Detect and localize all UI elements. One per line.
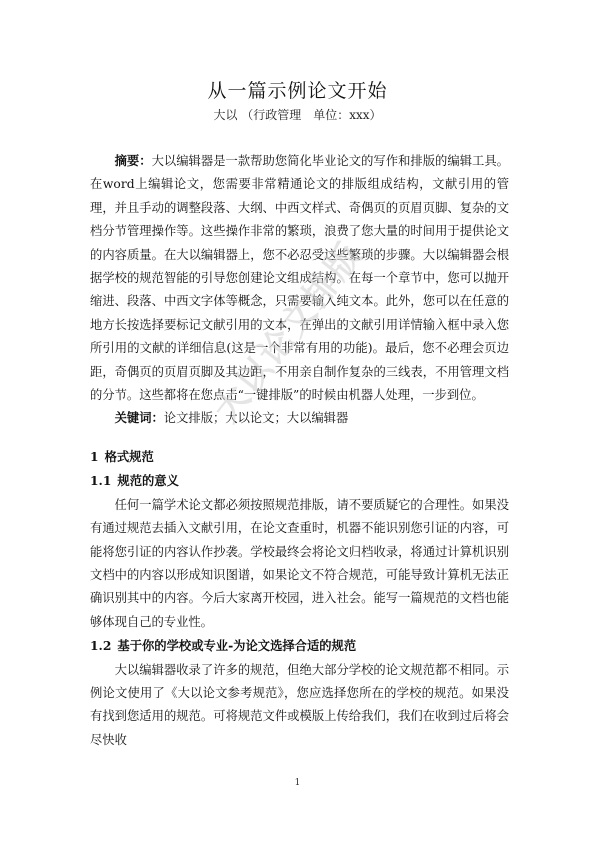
section-heading-1: 1格式规范: [90, 445, 509, 469]
section-number: 1: [90, 449, 99, 464]
paper-title: 从一篇示例论文开始: [0, 76, 595, 103]
subsection-number: 1.2: [90, 638, 111, 653]
document-page: 从一篇示例论文开始 大以 （行政管理 单位：xxx） 摘要：大以编辑器是一款帮助…: [0, 0, 595, 842]
subsection-heading-1-2: 1.2基于你的学校或专业-为论文选择合适的规范: [90, 634, 509, 658]
keywords-text: 论文排版；大以论文；大以编辑器: [164, 411, 348, 425]
subsection-heading-1-1: 1.1规范的意义: [90, 469, 509, 493]
abstract-label: 摘要：: [115, 154, 152, 168]
subsection-title: 规范的意义: [117, 474, 179, 488]
body-paragraph: 大以编辑器收录了许多的规范，但绝大部分学校的论文规范都不相同。示例论文使用了《大…: [90, 659, 509, 753]
section-title: 格式规范: [105, 450, 154, 464]
abstract-paragraph: 摘要：大以编辑器是一款帮助您简化毕业论文的写作和排版的编辑工具。在word上编辑…: [90, 150, 509, 407]
subsection-number: 1.1: [90, 473, 111, 488]
keywords-label: 关键词：: [115, 411, 164, 425]
document-body: 摘要：大以编辑器是一款帮助您简化毕业论文的写作和排版的编辑工具。在word上编辑…: [90, 150, 509, 752]
page-number: 1: [0, 778, 595, 788]
subsection-title: 基于你的学校或专业-为论文选择合适的规范: [117, 639, 356, 653]
abstract-text: 大以编辑器是一款帮助您简化毕业论文的写作和排版的编辑工具。在word上编辑论文，…: [90, 154, 509, 402]
keywords-paragraph: 关键词：论文排版；大以论文；大以编辑器: [90, 407, 509, 430]
author-line: 大以 （行政管理 单位：xxx）: [0, 106, 595, 123]
body-paragraph: 任何一篇学术论文都必须按照规范排版，请不要质疑它的合理性。如果没有通过规范去插入…: [90, 494, 509, 634]
